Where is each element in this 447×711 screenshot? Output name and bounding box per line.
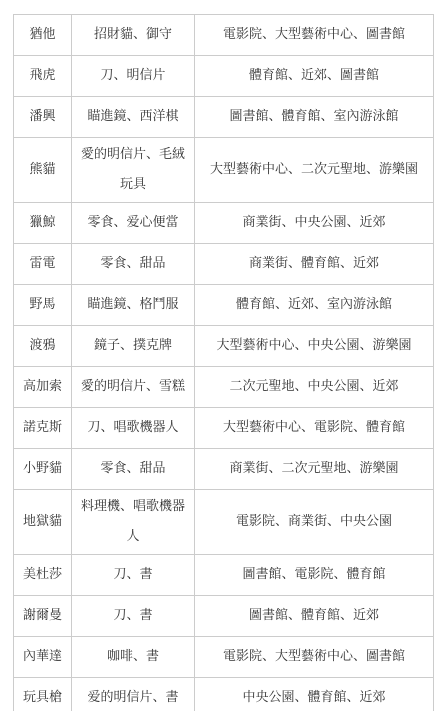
locations-cell: 大型藝術中心、電影院、體育館: [195, 407, 434, 448]
gift-items-cell: 刀、唱歌機器人: [72, 407, 195, 448]
locations-cell: 商業街、中央公園、近郊: [195, 202, 434, 243]
locations-cell: 商業街、體育館、近郊: [195, 243, 434, 284]
gift-items-cell: 瞄進鏡、西洋棋: [72, 97, 195, 138]
locations-cell: 圖書館、體育館、近郊: [195, 595, 434, 636]
locations-cell: 大型藝術中心、二次元聖地、游樂園: [195, 138, 434, 203]
gift-items-cell: 咖啡、書: [72, 636, 195, 677]
gift-items-cell: 零食、甜品: [72, 448, 195, 489]
gift-preference-table: 猶他招財貓、御守電影院、大型藝術中心、圖書館飛虎刀、明信片體育館、近郊、圖書館潘…: [13, 14, 434, 711]
locations-cell: 體育館、近郊、圖書館: [195, 56, 434, 97]
gift-table-body: 猶他招財貓、御守電影院、大型藝術中心、圖書館飛虎刀、明信片體育館、近郊、圖書館潘…: [14, 15, 434, 711]
table-row: 諾克斯刀、唱歌機器人大型藝術中心、電影院、體育館: [14, 407, 434, 448]
gift-items-cell: 刀、書: [72, 554, 195, 595]
locations-cell: 電影院、商業街、中央公園: [195, 489, 434, 554]
gift-items-cell: 鏡子、撲克牌: [72, 325, 195, 366]
gift-items-cell: 刀、書: [72, 595, 195, 636]
character-name-cell: 野馬: [14, 284, 72, 325]
table-row: 美杜莎刀、書圖書館、電影院、體育館: [14, 554, 434, 595]
character-name-cell: 內華達: [14, 636, 72, 677]
gift-items-cell: 愛的明信片、雪糕: [72, 366, 195, 407]
gift-items-cell: 料理機、唱歌機器人: [72, 489, 195, 554]
gift-items-cell: 爱的明信片、書: [72, 677, 195, 711]
character-name-cell: 美杜莎: [14, 554, 72, 595]
locations-cell: 電影院、大型藝術中心、圖書館: [195, 636, 434, 677]
character-name-cell: 潘興: [14, 97, 72, 138]
gift-items-cell: 瞄進鏡、格鬥服: [72, 284, 195, 325]
character-name-cell: 猶他: [14, 15, 72, 56]
character-name-cell: 小野貓: [14, 448, 72, 489]
table-row: 高加索愛的明信片、雪糕二次元聖地、中央公園、近郊: [14, 366, 434, 407]
character-name-cell: 雷電: [14, 243, 72, 284]
locations-cell: 商業街、二次元聖地、游樂園: [195, 448, 434, 489]
table-row: 小野貓零食、甜品商業街、二次元聖地、游樂園: [14, 448, 434, 489]
table-row: 玩具槍爱的明信片、書中央公園、體育館、近郊: [14, 677, 434, 711]
gift-items-cell: 零食、甜品: [72, 243, 195, 284]
gift-items-cell: 刀、明信片: [72, 56, 195, 97]
table-row: 獵鯨零食、爱心便當商業街、中央公園、近郊: [14, 202, 434, 243]
character-name-cell: 獵鯨: [14, 202, 72, 243]
gift-items-cell: 愛的明信片、毛絨玩具: [72, 138, 195, 203]
character-name-cell: 諾克斯: [14, 407, 72, 448]
table-row: 飛虎刀、明信片體育館、近郊、圖書館: [14, 56, 434, 97]
locations-cell: 電影院、大型藝術中心、圖書館: [195, 15, 434, 56]
table-row: 猶他招財貓、御守電影院、大型藝術中心、圖書館: [14, 15, 434, 56]
locations-cell: 二次元聖地、中央公園、近郊: [195, 366, 434, 407]
gift-items-cell: 零食、爱心便當: [72, 202, 195, 243]
character-name-cell: 渡鴉: [14, 325, 72, 366]
table-row: 渡鴉鏡子、撲克牌大型藝術中心、中央公園、游樂園: [14, 325, 434, 366]
table-row: 內華達咖啡、書電影院、大型藝術中心、圖書館: [14, 636, 434, 677]
character-name-cell: 地獄貓: [14, 489, 72, 554]
locations-cell: 圖書館、體育館、室內游泳館: [195, 97, 434, 138]
character-name-cell: 熊貓: [14, 138, 72, 203]
character-name-cell: 飛虎: [14, 56, 72, 97]
character-name-cell: 玩具槍: [14, 677, 72, 711]
locations-cell: 圖書館、電影院、體育館: [195, 554, 434, 595]
table-row: 謝爾曼刀、書圖書館、體育館、近郊: [14, 595, 434, 636]
table-row: 野馬瞄進鏡、格鬥服體育館、近郊、室內游泳館: [14, 284, 434, 325]
gift-items-cell: 招財貓、御守: [72, 15, 195, 56]
table-row: 雷電零食、甜品商業街、體育館、近郊: [14, 243, 434, 284]
table-row: 潘興瞄進鏡、西洋棋圖書館、體育館、室內游泳館: [14, 97, 434, 138]
character-name-cell: 謝爾曼: [14, 595, 72, 636]
character-name-cell: 高加索: [14, 366, 72, 407]
locations-cell: 體育館、近郊、室內游泳館: [195, 284, 434, 325]
table-row: 地獄貓料理機、唱歌機器人電影院、商業街、中央公園: [14, 489, 434, 554]
locations-cell: 中央公園、體育館、近郊: [195, 677, 434, 711]
table-row: 熊貓愛的明信片、毛絨玩具大型藝術中心、二次元聖地、游樂園: [14, 138, 434, 203]
locations-cell: 大型藝術中心、中央公園、游樂園: [195, 325, 434, 366]
